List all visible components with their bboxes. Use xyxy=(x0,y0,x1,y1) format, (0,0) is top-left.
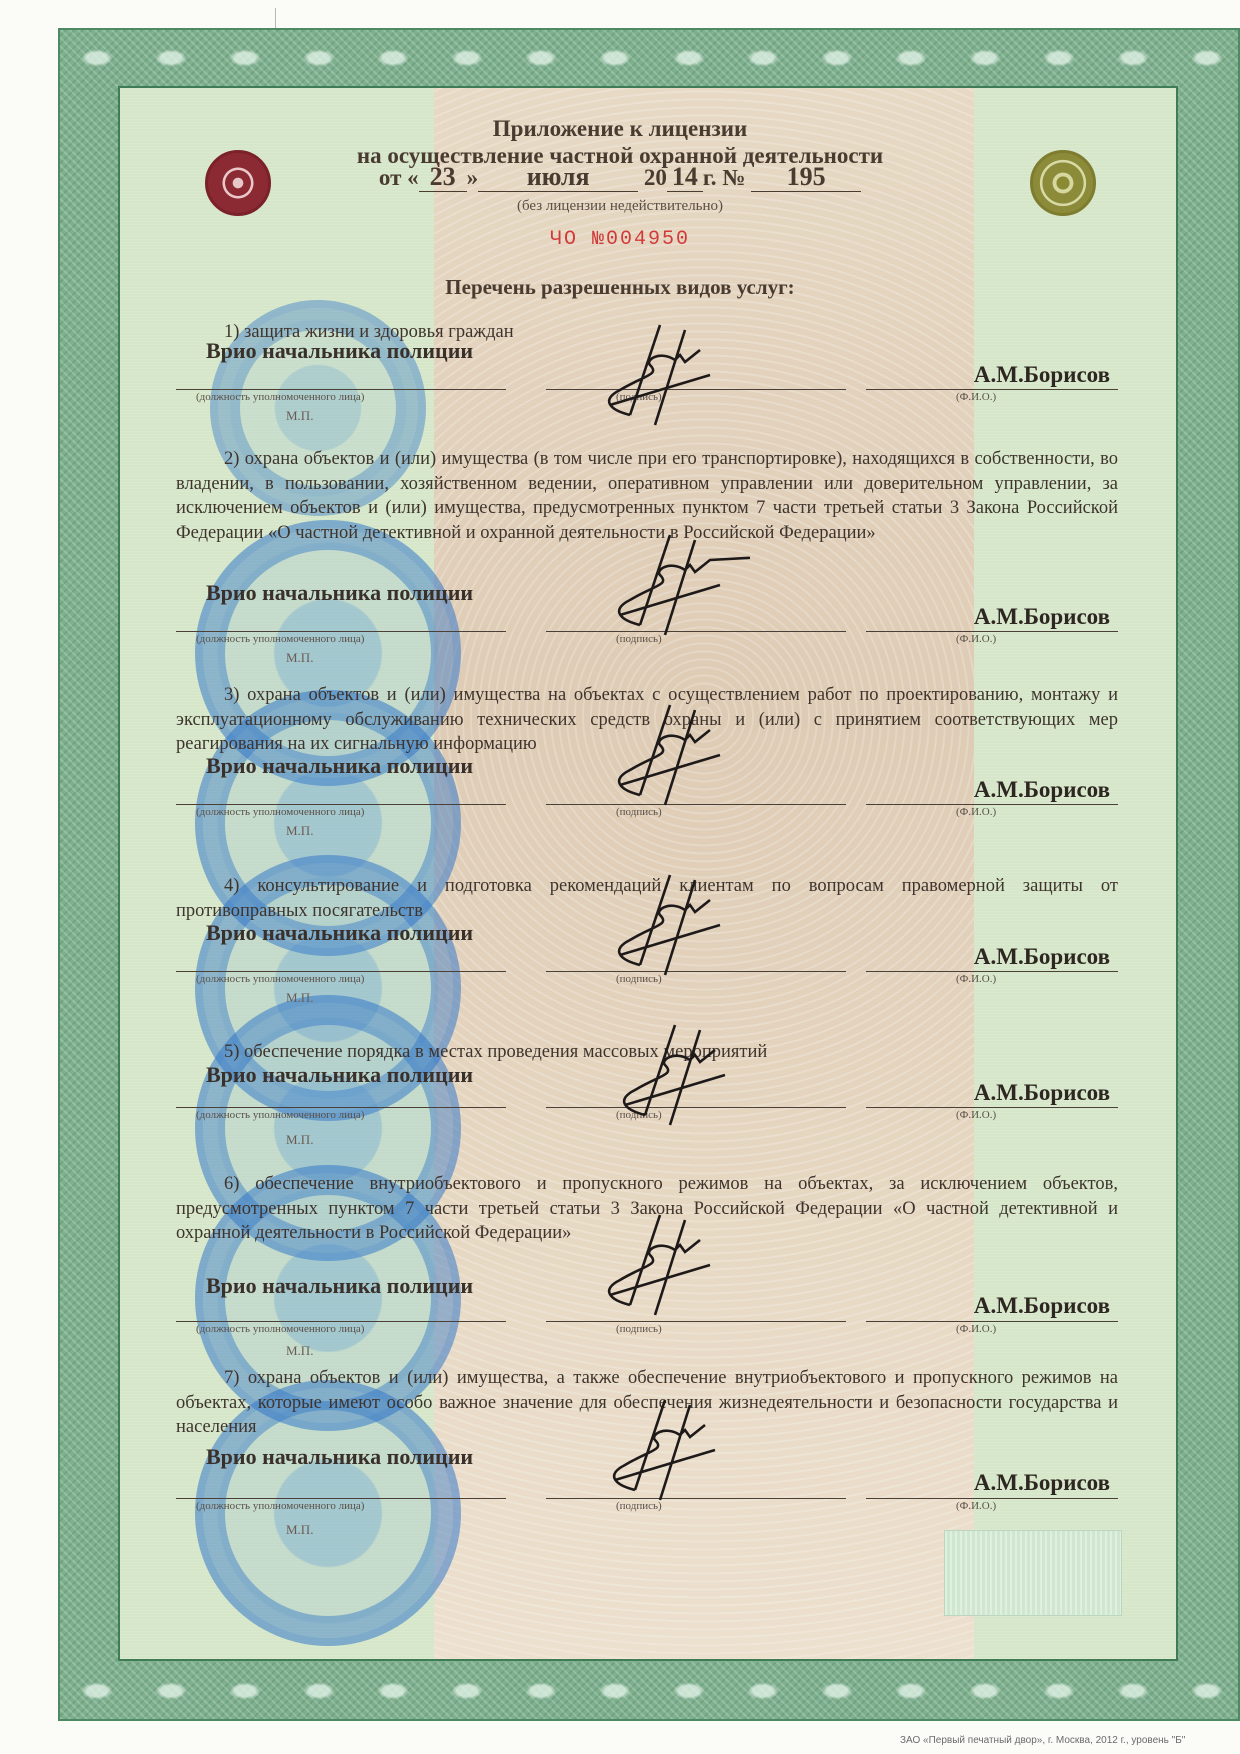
name-caption: (Ф.И.О.) xyxy=(956,973,996,985)
position-line xyxy=(176,1321,506,1322)
official-position: Врио начальника полиции xyxy=(206,1062,473,1088)
official-name: А.М.Борисов xyxy=(974,777,1110,803)
official-name: А.М.Борисов xyxy=(974,1080,1110,1106)
name-caption: (Ф.И.О.) xyxy=(956,1500,996,1512)
position-line xyxy=(176,804,506,805)
date-day: 23 xyxy=(419,163,467,192)
validity-note: (без лицензии недействительно) xyxy=(0,198,1240,215)
handwritten-signature xyxy=(605,1020,755,1130)
seal-mark: М.П. xyxy=(286,1132,313,1148)
signature-caption: (подпись) xyxy=(616,1323,662,1335)
official-name: А.М.Борисов xyxy=(974,362,1110,388)
name-caption: (Ф.И.О.) xyxy=(956,633,996,645)
name-line xyxy=(866,1107,1118,1108)
position-caption: (должность уполномоченного лица) xyxy=(196,1323,364,1335)
handwritten-signature xyxy=(600,870,750,980)
position-line xyxy=(176,971,506,972)
official-name: А.М.Борисов xyxy=(974,604,1110,630)
name-line xyxy=(866,1321,1118,1322)
date-year: 14 xyxy=(667,163,703,192)
seal-mark: М.П. xyxy=(286,650,313,666)
official-position: Врио начальника полиции xyxy=(206,920,473,946)
name-caption: (Ф.И.О.) xyxy=(956,1109,996,1121)
license-date-line: от «23»июля 2014г. № 195 xyxy=(0,163,1240,192)
position-caption: (должность уполномоченного лица) xyxy=(196,633,364,645)
position-caption: (должность уполномоченного лица) xyxy=(196,1109,364,1121)
official-name: А.М.Борисов xyxy=(974,1470,1110,1496)
handwritten-signature xyxy=(590,320,740,430)
serial-number: ЧО №004950 xyxy=(0,228,1240,251)
document-title: Приложение к лицензии xyxy=(0,116,1240,142)
name-caption: (Ф.И.О.) xyxy=(956,806,996,818)
date-month: июля xyxy=(478,163,638,192)
position-line xyxy=(176,631,506,632)
date-year-prefix: 20 xyxy=(644,165,667,190)
name-line xyxy=(866,804,1118,805)
name-caption: (Ф.И.О.) xyxy=(956,391,996,403)
official-position: Врио начальника полиции xyxy=(206,753,473,779)
position-line xyxy=(176,1498,506,1499)
date-prefix: от « xyxy=(379,165,419,190)
handwritten-signature xyxy=(600,530,750,640)
name-line xyxy=(866,971,1118,972)
services-heading: Перечень разрешенных видов услуг: xyxy=(0,275,1240,300)
handwritten-signature xyxy=(595,1395,745,1505)
seal-mark: М.П. xyxy=(286,823,313,839)
name-line xyxy=(866,631,1118,632)
name-line xyxy=(866,1498,1118,1499)
number-sign: № xyxy=(722,165,745,190)
official-position: Врио начальника полиции xyxy=(206,1273,473,1299)
date-sep: » xyxy=(467,165,479,190)
name-line xyxy=(866,389,1118,390)
position-line xyxy=(176,389,506,390)
printer-imprint: ЗАО «Первый печатный двор», г. Москва, 2… xyxy=(900,1735,1185,1746)
official-position: Врио начальника полиции xyxy=(206,580,473,606)
license-number: 195 xyxy=(751,163,861,192)
official-position: Врио начальника полиции xyxy=(206,1444,473,1470)
name-caption: (Ф.И.О.) xyxy=(956,1323,996,1335)
handwritten-signature xyxy=(590,1210,740,1320)
handwritten-signature xyxy=(600,700,750,810)
seal-mark: М.П. xyxy=(286,408,313,424)
seal-mark: М.П. xyxy=(286,1522,313,1538)
document-content: Приложение к лицензии на осуществление ч… xyxy=(0,0,1240,1754)
official-name: А.М.Борисов xyxy=(974,944,1110,970)
position-line xyxy=(176,1107,506,1108)
position-caption: (должность уполномоченного лица) xyxy=(196,973,364,985)
seal-mark: М.П. xyxy=(286,1343,313,1359)
signature-line xyxy=(546,1321,846,1322)
position-caption: (должность уполномоченного лица) xyxy=(196,1500,364,1512)
position-caption: (должность уполномоченного лица) xyxy=(196,391,364,403)
official-name: А.М.Борисов xyxy=(974,1293,1110,1319)
official-position: Врио начальника полиции xyxy=(206,338,473,364)
date-year-unit: г. xyxy=(703,165,717,190)
position-caption: (должность уполномоченного лица) xyxy=(196,806,364,818)
seal-mark: М.П. xyxy=(286,990,313,1006)
